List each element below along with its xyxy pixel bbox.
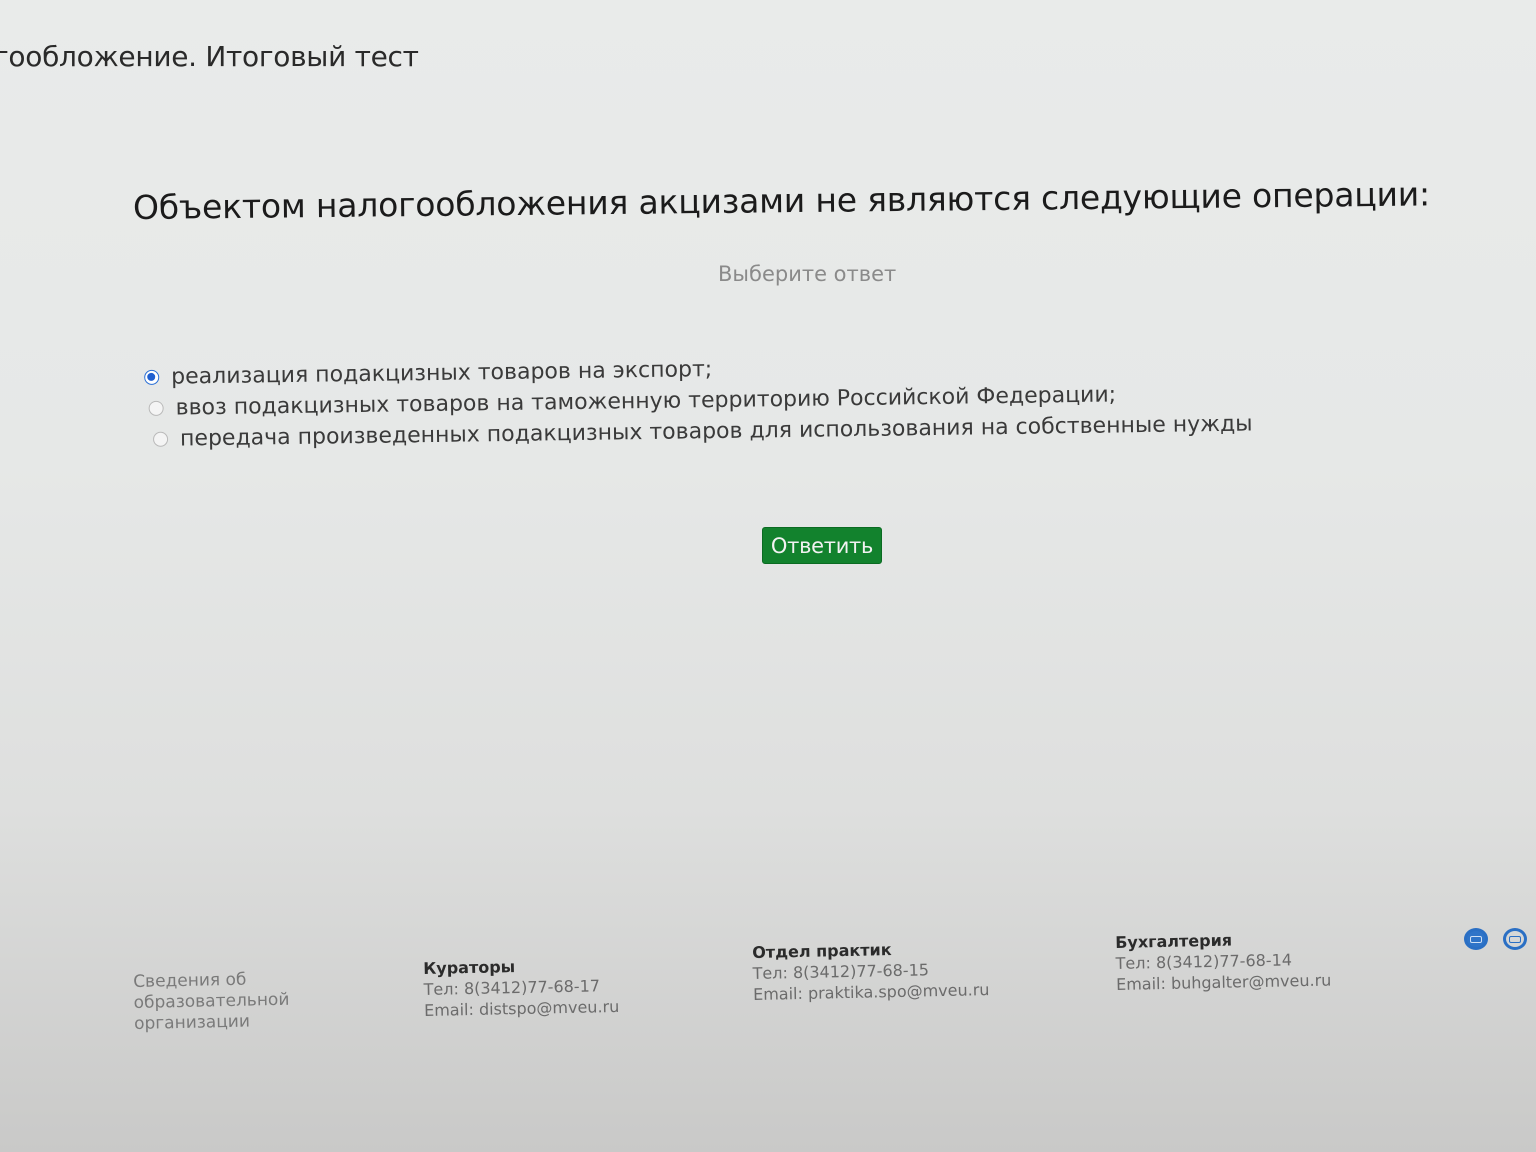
- ok-icon[interactable]: [1503, 928, 1527, 950]
- answer-hint: Выберите ответ: [718, 262, 896, 286]
- org-info-link[interactable]: Сведения об образовательной организации: [133, 968, 314, 1035]
- radio-button[interactable]: [153, 432, 168, 447]
- page-title: гообложение. Итоговый тест: [0, 40, 419, 73]
- question-text: Объектом налогообложения акцизами не явл…: [133, 174, 1430, 227]
- contact-email[interactable]: Email: buhgalter@mveu.ru: [1116, 969, 1332, 995]
- vk-icon[interactable]: [1464, 928, 1488, 950]
- submit-answer-button[interactable]: Ответить: [762, 527, 882, 564]
- contact-email[interactable]: Email: praktika.spo@mveu.ru: [753, 979, 990, 1005]
- ok-glyph: [1509, 936, 1521, 943]
- footer-contacts-practice: Отдел практик Тел: 8(3412)77-68-15 Email…: [752, 937, 990, 1005]
- vk-glyph: [1470, 936, 1482, 943]
- answer-option-label: реализация подакцизных товаров на экспор…: [171, 357, 712, 390]
- answer-options: реализация подакцизных товаров на экспор…: [144, 347, 1253, 455]
- radio-button-selected[interactable]: [144, 370, 159, 385]
- footer-contacts-curators: Кураторы Тел: 8(3412)77-68-17 Email: dis…: [423, 954, 619, 1021]
- footer-contacts-accounting: Бухгалтерия Тел: 8(3412)77-68-14 Email: …: [1115, 927, 1332, 994]
- radio-button[interactable]: [149, 401, 164, 416]
- contact-email[interactable]: Email: distspo@mveu.ru: [424, 996, 620, 1021]
